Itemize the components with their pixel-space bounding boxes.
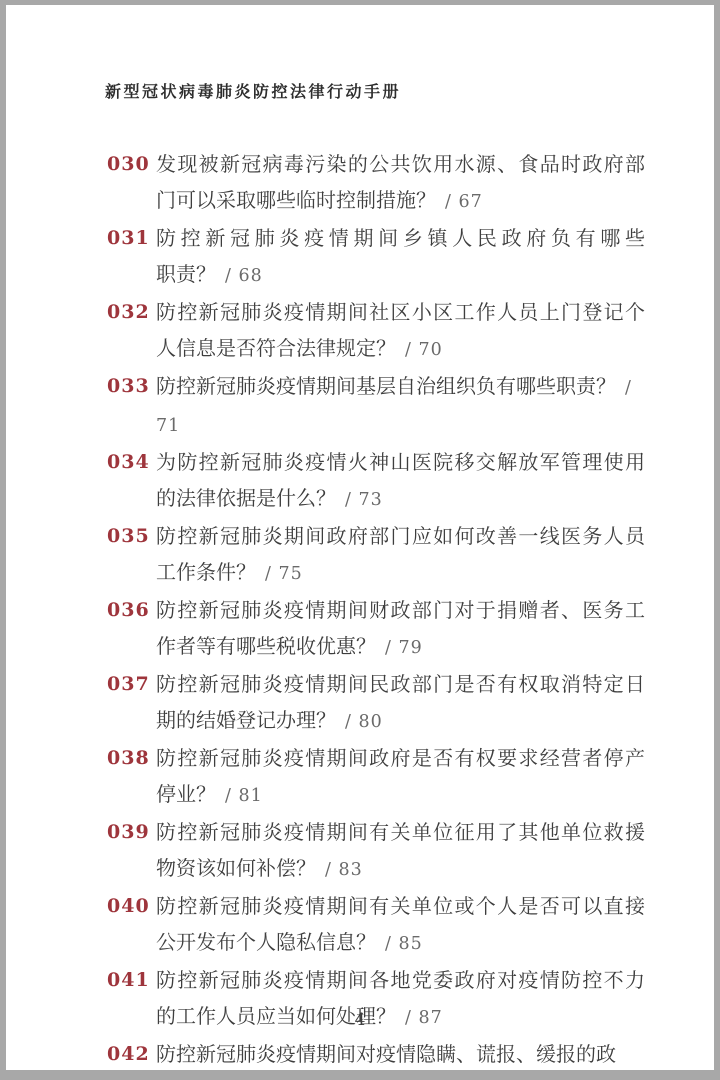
toc-entry-text: 防控新冠肺炎疫情期间基层自治组织负有哪些职责？/ 71 xyxy=(156,368,645,444)
toc-entry: 033 防控新冠肺炎疫情期间基层自治组织负有哪些职责？/ 71 xyxy=(107,368,645,444)
toc-entry: 037 防控新冠肺炎疫情期间民政部门是否有权取消特定日期的结婚登记办理？/ 80 xyxy=(107,666,645,740)
toc-entry-line: 防控新冠肺炎疫情期间政府是否有权要求经营者停产 xyxy=(156,740,645,776)
toc-entry-line: 期的结婚登记办理？/ 80 xyxy=(156,702,645,740)
toc-entry-number: 040 xyxy=(107,888,156,924)
toc-entry-line: 防控新冠肺炎疫情期间有关单位征用了其他单位救援 xyxy=(156,814,645,850)
toc-entry-line: 防控新冠肺炎疫情期间民政部门是否有权取消特定日 xyxy=(156,666,645,702)
toc-entry-line: 职责？/ 68 xyxy=(156,256,645,294)
toc-entry-number: 033 xyxy=(107,368,156,404)
toc-page-ref: / 70 xyxy=(405,340,443,360)
toc-entry-number: 036 xyxy=(107,592,156,628)
toc-entry-line: 防控新冠肺炎期间政府部门应如何改善一线医务人员 xyxy=(156,518,645,554)
toc-entry-line: 防控新冠肺炎疫情期间乡镇人民政府负有哪些 xyxy=(156,220,645,256)
toc-entry-line: 防控新冠肺炎疫情期间有关单位或个人是否可以直接 xyxy=(156,888,645,924)
page-sheet: 新型冠状病毒肺炎防控法律行动手册 030 发现被新冠病毒污染的公共饮用水源、食品… xyxy=(6,5,714,1070)
toc-entry-line: 作者等有哪些税收优惠？/ 79 xyxy=(156,628,645,666)
toc-entry-line: 为防控新冠肺炎疫情火神山医院移交解放军管理使用 xyxy=(156,444,645,480)
toc-entry-line: 防控新冠肺炎疫情期间财政部门对于捐赠者、医务工 xyxy=(156,592,645,628)
toc-entry-text: 防控新冠肺炎疫情期间乡镇人民政府负有哪些职责？/ 68 xyxy=(156,220,645,294)
toc-page-ref: / 71 xyxy=(156,378,632,436)
toc-entry: 032 防控新冠肺炎疫情期间社区小区工作人员上门登记个人信息是否符合法律规定？/… xyxy=(107,294,645,368)
toc-list: 030 发现被新冠病毒污染的公共饮用水源、食品时政府部门可以采取哪些临时控制措施… xyxy=(107,146,645,1072)
toc-entry-line: 防控新冠肺炎疫情期间各地党委政府对疫情防控不力 xyxy=(156,962,645,998)
toc-entry-text: 防控新冠肺炎疫情期间有关单位或个人是否可以直接公开发布个人隐私信息？/ 85 xyxy=(156,888,645,962)
toc-entry-line: 停业？/ 81 xyxy=(156,776,645,814)
toc-entry-number: 034 xyxy=(107,444,156,480)
toc-entry-number: 038 xyxy=(107,740,156,776)
toc-entry-number: 042 xyxy=(107,1036,156,1072)
toc-entry-line: 发现被新冠病毒污染的公共饮用水源、食品时政府部 xyxy=(156,146,645,182)
toc-entry: 039 防控新冠肺炎疫情期间有关单位征用了其他单位救援物资该如何补偿？/ 83 xyxy=(107,814,645,888)
book-title-header: 新型冠状病毒肺炎防控法律行动手册 xyxy=(105,79,401,102)
toc-entry-line: 防控新冠肺炎疫情期间对疫情隐瞒、谎报、缓报的政 xyxy=(156,1036,645,1072)
toc-entry-text: 防控新冠肺炎疫情期间政府是否有权要求经营者停产停业？/ 81 xyxy=(156,740,645,814)
toc-entry: 042 防控新冠肺炎疫情期间对疫情隐瞒、谎报、缓报的政 xyxy=(107,1036,645,1072)
toc-page-ref: / 68 xyxy=(225,266,263,286)
toc-entry-line: 防控新冠肺炎疫情期间基层自治组织负有哪些职责？/ 71 xyxy=(156,368,645,444)
toc-entry-number: 037 xyxy=(107,666,156,702)
toc-entry-text: 防控新冠肺炎疫情期间财政部门对于捐赠者、医务工作者等有哪些税收优惠？/ 79 xyxy=(156,592,645,666)
toc-page-ref: / 67 xyxy=(445,192,483,212)
toc-entry-text: 防控新冠肺炎疫情期间有关单位征用了其他单位救援物资该如何补偿？/ 83 xyxy=(156,814,645,888)
toc-page-ref: / 83 xyxy=(325,860,363,880)
toc-page-ref: / 80 xyxy=(345,712,383,732)
toc-entry: 031 防控新冠肺炎疫情期间乡镇人民政府负有哪些职责？/ 68 xyxy=(107,220,645,294)
toc-entry-line: 防控新冠肺炎疫情期间社区小区工作人员上门登记个 xyxy=(156,294,645,330)
toc-entry-text: 防控新冠肺炎期间政府部门应如何改善一线医务人员工作条件？/ 75 xyxy=(156,518,645,592)
toc-page-ref: / 81 xyxy=(225,786,263,806)
toc-entry-text: 防控新冠肺炎疫情期间对疫情隐瞒、谎报、缓报的政 xyxy=(156,1036,645,1072)
toc-entry-number: 032 xyxy=(107,294,156,330)
toc-entry-line: 公开发布个人隐私信息？/ 85 xyxy=(156,924,645,962)
toc-entry-line: 的法律依据是什么？/ 73 xyxy=(156,480,645,518)
toc-entry: 034 为防控新冠肺炎疫情火神山医院移交解放军管理使用的法律依据是什么？/ 73 xyxy=(107,444,645,518)
toc-page-ref: / 73 xyxy=(345,490,383,510)
page-number-footer: 4 xyxy=(6,1010,714,1030)
toc-entry-text: 防控新冠肺炎疫情期间社区小区工作人员上门登记个人信息是否符合法律规定？/ 70 xyxy=(156,294,645,368)
toc-entry-number: 030 xyxy=(107,146,156,182)
toc-entry-line: 门可以采取哪些临时控制措施？/ 67 xyxy=(156,182,645,220)
toc-entry: 036 防控新冠肺炎疫情期间财政部门对于捐赠者、医务工作者等有哪些税收优惠？/ … xyxy=(107,592,645,666)
toc-page-ref: / 79 xyxy=(385,638,423,658)
toc-entry: 035 防控新冠肺炎期间政府部门应如何改善一线医务人员工作条件？/ 75 xyxy=(107,518,645,592)
toc-entry-text: 为防控新冠肺炎疫情火神山医院移交解放军管理使用的法律依据是什么？/ 73 xyxy=(156,444,645,518)
toc-page-ref: / 75 xyxy=(265,564,303,584)
toc-entry-number: 031 xyxy=(107,220,156,256)
toc-entry-line: 物资该如何补偿？/ 83 xyxy=(156,850,645,888)
toc-entry: 040 防控新冠肺炎疫情期间有关单位或个人是否可以直接公开发布个人隐私信息？/ … xyxy=(107,888,645,962)
toc-entry-number: 035 xyxy=(107,518,156,554)
toc-entry-number: 039 xyxy=(107,814,156,850)
toc-entry-text: 防控新冠肺炎疫情期间民政部门是否有权取消特定日期的结婚登记办理？/ 80 xyxy=(156,666,645,740)
toc-entry-line: 工作条件？/ 75 xyxy=(156,554,645,592)
toc-entry-number: 041 xyxy=(107,962,156,998)
toc-page-ref: / 85 xyxy=(385,934,423,954)
toc-entry: 030 发现被新冠病毒污染的公共饮用水源、食品时政府部门可以采取哪些临时控制措施… xyxy=(107,146,645,220)
toc-entry: 038 防控新冠肺炎疫情期间政府是否有权要求经营者停产停业？/ 81 xyxy=(107,740,645,814)
toc-entry-line: 人信息是否符合法律规定？/ 70 xyxy=(156,330,645,368)
toc-entry-text: 发现被新冠病毒污染的公共饮用水源、食品时政府部门可以采取哪些临时控制措施？/ 6… xyxy=(156,146,645,220)
